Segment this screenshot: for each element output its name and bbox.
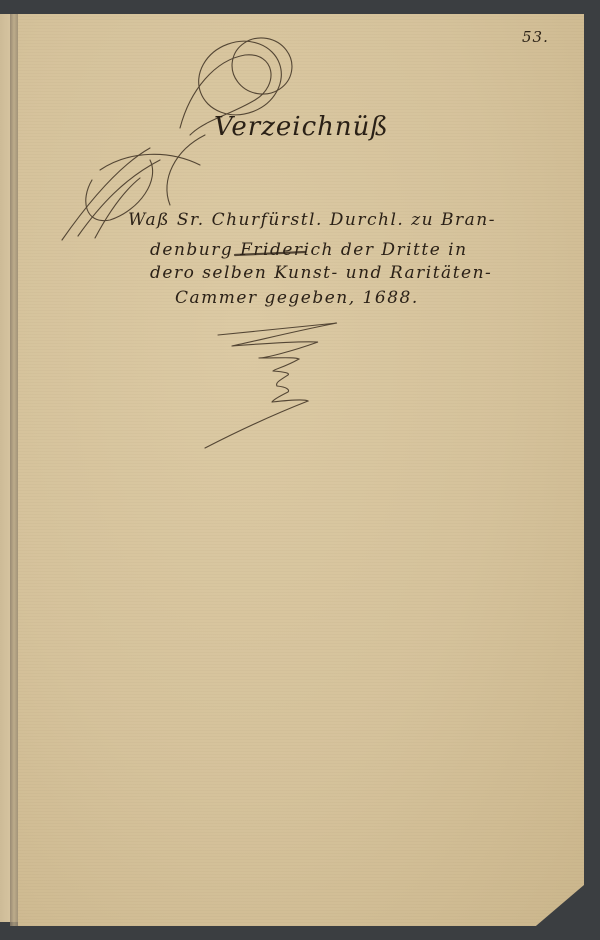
body-line-4: Cammer gegeben, 1688. bbox=[175, 288, 419, 308]
folio-number: 53. bbox=[522, 28, 549, 46]
body-line-1: Waß Sr. Churfürstl. Durchl. zu Bran- bbox=[128, 210, 496, 230]
body-line-3: dero selben Kunst- und Raritäten- bbox=[150, 263, 492, 283]
scanned-manuscript: 53. Verzeichnüß Waß Sr. Churfürstl. D bbox=[0, 0, 600, 940]
binding-gutter bbox=[10, 14, 18, 926]
body-line-2: denburg Friderich der Dritte in bbox=[150, 240, 468, 260]
manuscript-page bbox=[18, 14, 584, 926]
document-title: Verzeichnüß bbox=[214, 112, 389, 142]
